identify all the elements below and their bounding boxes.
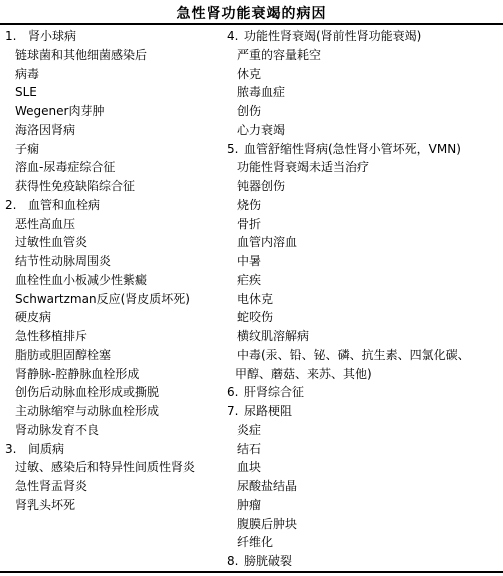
item-text: SLE <box>15 85 37 99</box>
item-text: 创伤后动脉血栓形成或撕脱 <box>15 385 159 399</box>
item-text: 骨折 <box>237 217 261 231</box>
list-item: 钝器创伤 <box>225 177 503 196</box>
item-text: 严重的容量耗空 <box>237 48 321 62</box>
item-text: 甲醇、蘑菇、来苏、其他) <box>235 367 372 381</box>
list-item: 结石 <box>225 440 503 459</box>
item-text: Wegener肉芽肿 <box>15 104 104 118</box>
item-text: 肾动脉发育不良 <box>15 423 99 437</box>
item-text: 结节性动脉周围炎 <box>15 254 111 268</box>
list-item-numbered: 3.间质病 <box>0 440 225 459</box>
list-item: 中毒(汞、铅、铋、磷、抗生素、四氯化碳、 <box>225 346 503 365</box>
item-text: 急性移植排斥 <box>15 329 87 343</box>
item-text: 血块 <box>237 460 261 474</box>
item-text: 心力衰竭 <box>237 123 285 137</box>
item-text: 血管和血栓病 <box>28 198 100 212</box>
item-text: 横纹肌溶解病 <box>237 329 309 343</box>
left-column: 1.肾小球病链球菌和其他细菌感染后病毒SLEWegener肉芽肿海洛因肾病子痫溶… <box>0 27 225 515</box>
list-item: 中暑 <box>225 252 503 271</box>
item-text: 硬皮病 <box>15 310 51 324</box>
list-item: 创伤 <box>225 102 503 121</box>
list-item: 急性肾盂肾炎 <box>0 477 225 496</box>
item-text: 功能性肾衰竭(肾前性肾功能衰竭) <box>244 29 421 43</box>
item-text: 尿路梗阻 <box>244 404 292 418</box>
list-item: Schwartzman反应(肾皮质坏死) <box>0 290 225 309</box>
item-text: 肝肾综合征 <box>244 385 304 399</box>
item-text: 功能性肾衰竭未适当治疗 <box>237 160 369 174</box>
list-item: 甲醇、蘑菇、来苏、其他) <box>225 365 503 384</box>
item-number: 7. <box>227 402 244 421</box>
list-item: SLE <box>0 83 225 102</box>
item-text: 海洛因肾病 <box>15 123 75 137</box>
item-text: 疟疾 <box>237 273 261 287</box>
item-text: 过敏性血管炎 <box>15 235 87 249</box>
list-item: 疟疾 <box>225 271 503 290</box>
list-item: 血块 <box>225 458 503 477</box>
item-text: 肾乳头坏死 <box>15 498 75 512</box>
item-text: 膀胱破裂 <box>244 554 292 568</box>
list-item: 肿瘤 <box>225 496 503 515</box>
list-item-numbered: 5.血管舒缩性肾病(急性肾小管坏死，VMN) <box>225 140 503 159</box>
list-item: 横纹肌溶解病 <box>225 327 503 346</box>
list-item-numbered: 2.血管和血栓病 <box>0 196 225 215</box>
item-number: 2. <box>5 196 28 215</box>
item-text: 子痫 <box>15 142 39 156</box>
item-text: 病毒 <box>15 67 39 81</box>
list-item: 尿酸盐结晶 <box>225 477 503 496</box>
list-item: 溶血-尿毒症综合征 <box>0 158 225 177</box>
item-text: 腹膜后肿块 <box>237 517 297 531</box>
list-item: 炎症 <box>225 421 503 440</box>
item-text: 恶性高血压 <box>15 217 75 231</box>
item-text: 过敏、感染后和特异性间质性肾炎 <box>15 460 195 474</box>
list-item: 获得性免疫缺陷综合征 <box>0 177 225 196</box>
list-item-numbered: 8.膀胱破裂 <box>225 552 503 571</box>
item-number: 1. <box>5 27 28 46</box>
item-text: 电休克 <box>237 292 273 306</box>
list-item: 骨折 <box>225 215 503 234</box>
item-text: 血管内溶血 <box>237 235 297 249</box>
list-item: 过敏、感染后和特异性间质性肾炎 <box>0 458 225 477</box>
list-item: 创伤后动脉血栓形成或撕脱 <box>0 383 225 402</box>
list-item: 休克 <box>225 65 503 84</box>
item-text: 休克 <box>237 67 261 81</box>
item-text: 钝器创伤 <box>237 179 285 193</box>
item-text: 肾小球病 <box>28 29 76 43</box>
item-text: 脓毒血症 <box>237 85 285 99</box>
bottom-rule <box>0 571 503 573</box>
right-column: 4.功能性肾衰竭(肾前性肾功能衰竭)严重的容量耗空休克脓毒血症创伤心力衰竭5.血… <box>225 27 503 571</box>
list-item: 肾动脉发育不良 <box>0 421 225 440</box>
list-item: 血栓性血小板减少性紫癜 <box>0 271 225 290</box>
item-text: 中暑 <box>237 254 261 268</box>
list-item: Wegener肉芽肿 <box>0 102 225 121</box>
item-text: 纤维化 <box>237 535 273 549</box>
item-text: 炎症 <box>237 423 261 437</box>
item-text: Schwartzman反应(肾皮质坏死) <box>15 292 190 306</box>
list-item: 脓毒血症 <box>225 83 503 102</box>
list-item: 链球菌和其他细菌感染后 <box>0 46 225 65</box>
item-text: 血管舒缩性肾病(急性肾小管坏死，VMN) <box>244 142 461 156</box>
table-body: 1.肾小球病链球菌和其他细菌感染后病毒SLEWegener肉芽肿海洛因肾病子痫溶… <box>0 27 503 571</box>
list-item: 子痫 <box>0 140 225 159</box>
list-item: 脂肪或胆固醇栓塞 <box>0 346 225 365</box>
item-number: 6. <box>227 383 244 402</box>
list-item: 烧伤 <box>225 196 503 215</box>
list-item: 主动脉缩窄与动脉血栓形成 <box>0 402 225 421</box>
table-title: 急性肾功能衰竭的病因 <box>0 3 503 23</box>
item-number: 8. <box>227 552 244 571</box>
list-item: 硬皮病 <box>0 308 225 327</box>
item-text: 蛇咬伤 <box>237 310 273 324</box>
list-item: 病毒 <box>0 65 225 84</box>
item-text: 结石 <box>237 442 261 456</box>
item-text: 创伤 <box>237 104 261 118</box>
document-page: 急性肾功能衰竭的病因 1.肾小球病链球菌和其他细菌感染后病毒SLEWegener… <box>0 0 503 576</box>
item-number: 4. <box>227 27 244 46</box>
list-item-numbered: 1.肾小球病 <box>0 27 225 46</box>
item-number: 5. <box>227 140 244 159</box>
list-item-numbered: 6.肝肾综合征 <box>225 383 503 402</box>
list-item: 过敏性血管炎 <box>0 233 225 252</box>
item-text: 烧伤 <box>237 198 261 212</box>
item-text: 血栓性血小板减少性紫癜 <box>15 273 147 287</box>
list-item-numbered: 4.功能性肾衰竭(肾前性肾功能衰竭) <box>225 27 503 46</box>
item-text: 脂肪或胆固醇栓塞 <box>15 348 111 362</box>
list-item: 纤维化 <box>225 533 503 552</box>
list-item: 电休克 <box>225 290 503 309</box>
item-text: 肿瘤 <box>237 498 261 512</box>
item-text: 急性肾盂肾炎 <box>15 479 87 493</box>
top-rule <box>0 23 503 25</box>
list-item: 肾乳头坏死 <box>0 496 225 515</box>
list-item: 血管内溶血 <box>225 233 503 252</box>
item-text: 中毒(汞、铅、铋、磷、抗生素、四氯化碳、 <box>237 348 470 362</box>
list-item: 结节性动脉周围炎 <box>0 252 225 271</box>
list-item: 严重的容量耗空 <box>225 46 503 65</box>
list-item: 肾静脉-腔静脉血栓形成 <box>0 365 225 384</box>
list-item: 恶性高血压 <box>0 215 225 234</box>
item-text: 获得性免疫缺陷综合征 <box>15 179 135 193</box>
item-text: 尿酸盐结晶 <box>237 479 297 493</box>
item-text: 溶血-尿毒症综合征 <box>15 160 115 174</box>
list-item: 心力衰竭 <box>225 121 503 140</box>
list-item-numbered: 7.尿路梗阻 <box>225 402 503 421</box>
list-item: 海洛因肾病 <box>0 121 225 140</box>
item-text: 链球菌和其他细菌感染后 <box>15 48 147 62</box>
item-text: 主动脉缩窄与动脉血栓形成 <box>15 404 159 418</box>
list-item: 急性移植排斥 <box>0 327 225 346</box>
item-text: 间质病 <box>28 442 64 456</box>
list-item: 蛇咬伤 <box>225 308 503 327</box>
list-item: 功能性肾衰竭未适当治疗 <box>225 158 503 177</box>
item-number: 3. <box>5 440 28 459</box>
list-item: 腹膜后肿块 <box>225 515 503 534</box>
item-text: 肾静脉-腔静脉血栓形成 <box>15 367 139 381</box>
